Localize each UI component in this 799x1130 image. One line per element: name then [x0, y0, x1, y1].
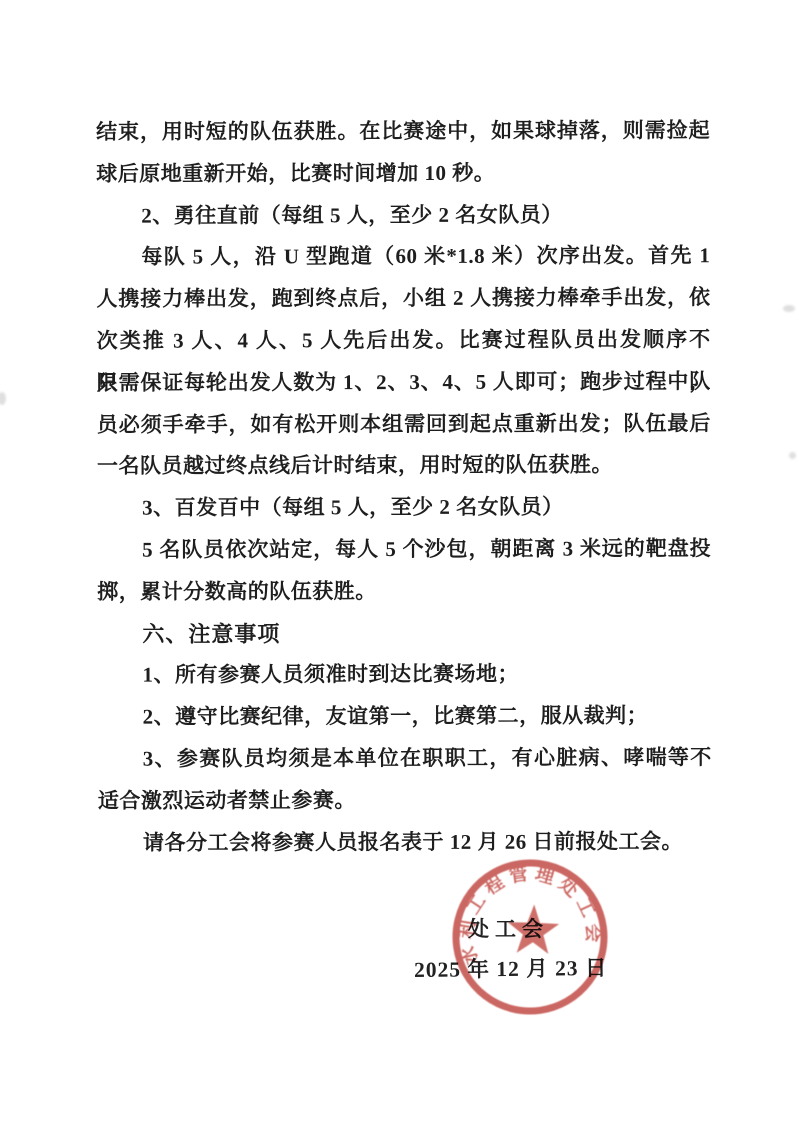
- seal-arc-text: 水利工程管理处工会: [446, 853, 608, 968]
- text-line: 5 名队员依次站定，每人 5 个沙包，朝距离 3 米远的靶盘投: [97, 528, 711, 571]
- text-line: 3、参赛队员均须是本单位在职职工，有心脏病、哮喘等不: [98, 737, 712, 780]
- text-line: 次类推 3 人、4 人、5 人先后出发。比赛过程队员出发顺序不限，: [97, 319, 711, 362]
- text-line: 结束，用时短的队伍获胜。在比赛途中，如果球掉落，则需捡起: [96, 110, 710, 153]
- text-line: 员必须手牵手，如有松开则本组需回到起点重新出发；队伍最后: [97, 403, 711, 446]
- text-line: 人携接力棒出发，跑到终点后，小组 2 人携接力棒牵手出发，依: [96, 277, 710, 320]
- scanned-document-page: 结束，用时短的队伍获胜。在比赛途中，如果球掉落，则需捡起 球后原地重新开始，比赛…: [0, 0, 799, 1130]
- text-line: 只需保证每轮出发人数为 1、2、3、4、5 人即可；跑步过程中队: [97, 361, 711, 404]
- section-heading: 六、注意事项: [97, 612, 711, 655]
- scan-speck: [789, 452, 796, 459]
- text-line: 每队 5 人，沿 U 型跑道（60 米*1.8 米）次序出发。首先 1: [96, 236, 710, 279]
- official-seal: 水利工程管理处工会: [428, 835, 632, 1039]
- document-body: 结束，用时短的队伍获胜。在比赛途中，如果球掉落，则需捡起 球后原地重新开始，比赛…: [96, 110, 712, 864]
- scan-speck: [0, 392, 6, 405]
- text-line: 球后原地重新开始，比赛时间增加 10 秒。: [96, 152, 710, 195]
- seal-arc-text-holder: 水利工程管理处工会: [446, 853, 608, 968]
- seal-star-icon: [506, 901, 563, 958]
- text-line: 适合激烈运动者禁止参赛。: [98, 779, 712, 822]
- scan-speck: [783, 305, 795, 312]
- text-line: 2、勇往直前（每组 5 人，至少 2 名女队员）: [96, 194, 710, 237]
- text-line: 一名队员越过终点线后计时结束，用时短的队伍获胜。: [97, 445, 711, 488]
- text-line: 1、所有参赛人员须准时到达比赛场地；: [97, 654, 711, 697]
- text-line: 3、百发百中（每组 5 人，至少 2 名女队员）: [97, 486, 711, 529]
- text-line: 掷，累计分数高的队伍获胜。: [97, 570, 711, 613]
- text-line: 2、遵守比赛纪律，友谊第一，比赛第二，服从裁判；: [98, 695, 712, 738]
